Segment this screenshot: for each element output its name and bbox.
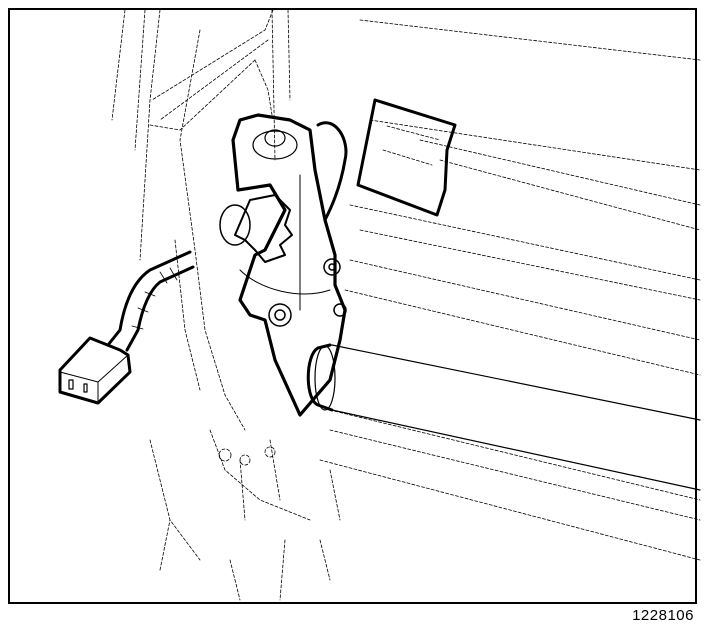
figure-number: 1228106: [632, 607, 694, 624]
electrical-connector: [60, 338, 130, 403]
background-frame-lines: [112, 10, 700, 600]
mounting-bolt: [269, 259, 346, 326]
cross-tube: [308, 345, 700, 490]
mounting-bracket-plate: [358, 100, 455, 215]
wiring-harness: [108, 252, 193, 350]
technical-illustration: [0, 0, 704, 632]
